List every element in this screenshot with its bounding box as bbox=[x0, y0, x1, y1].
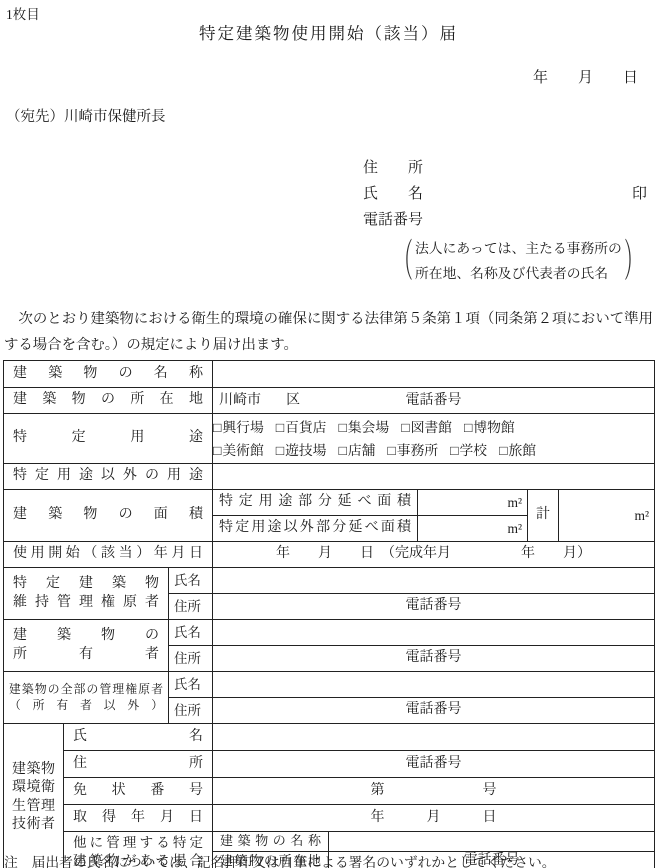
full-manager-name-label: 氏名 bbox=[169, 672, 213, 698]
checkbox-option-tenpo[interactable]: □店舗 bbox=[338, 439, 375, 462]
full-manager-label: 建築物の全部の管理権原者 （所有者以外） bbox=[4, 672, 169, 724]
seal-mark: 印 bbox=[632, 181, 647, 207]
area-other-field[interactable]: m² bbox=[418, 516, 528, 542]
location-city-label: 川崎市 bbox=[219, 391, 261, 409]
other-building-name-label: 建築物の名称 bbox=[213, 832, 329, 852]
checkbox-icon[interactable]: □ bbox=[338, 443, 346, 458]
technician-name-field[interactable] bbox=[213, 724, 655, 751]
applicant-address-label: 住 所 bbox=[363, 155, 647, 181]
full-manager-name-field[interactable] bbox=[213, 672, 655, 698]
checkbox-icon[interactable]: □ bbox=[213, 420, 221, 435]
owner-label: 建築物の 所有者 bbox=[4, 620, 169, 672]
area-total-field[interactable]: m² bbox=[559, 490, 655, 542]
other-building-name-field[interactable] bbox=[329, 832, 655, 852]
building-location-field[interactable]: 川崎市 区 電話番号 bbox=[213, 388, 655, 414]
technician-address-field[interactable]: 電話番号 bbox=[213, 751, 655, 778]
corporate-note: （ 法人にあっては、主たる事務所の 所在地、名称及び代表者の氏名 ） bbox=[395, 236, 642, 286]
checkbox-option-label: 店舗 bbox=[348, 443, 376, 458]
maintainer-label: 特定建築物 維持管理権原者 bbox=[4, 568, 169, 620]
acquired-date-field[interactable]: 年 月 日 bbox=[213, 805, 655, 832]
location-phone-label: 電話番号 bbox=[406, 391, 462, 409]
maintainer-address-field[interactable]: 電話番号 bbox=[213, 594, 655, 620]
specified-use-options: □興行場 □百貨店 □集会場 □図書館 □博物館 □美術館 □遊技場 □店舗 □… bbox=[213, 414, 655, 464]
checkbox-option-gakko[interactable]: □学校 bbox=[450, 439, 487, 462]
right-paren-icon: ） bbox=[624, 239, 643, 283]
checkbox-option-hakubutsukan[interactable]: □博物館 bbox=[464, 416, 515, 439]
declaration-text: 次のとおり建築物における衛生的環境の確保に関する法律第５条第１項（同条第２項にお… bbox=[4, 306, 653, 358]
maintainer-name-label: 氏名 bbox=[169, 568, 213, 594]
owner-name-label: 氏名 bbox=[169, 620, 213, 646]
checkbox-icon[interactable]: □ bbox=[387, 443, 395, 458]
checkbox-option-label: 図書館 bbox=[411, 420, 452, 435]
checkbox-option-label: 学校 bbox=[460, 443, 488, 458]
full-manager-address-field[interactable]: 電話番号 bbox=[213, 698, 655, 724]
checkbox-option-kogyojo[interactable]: □興行場 bbox=[213, 416, 264, 439]
form-table: 建築物の名称 建築物の所在地 川崎市 区 電話番号 特定用途 □興行場 □百貨店… bbox=[3, 360, 655, 868]
use-start-field[interactable]: 年 月 日 （完成年月 年 月） bbox=[213, 542, 655, 568]
area-other-label: 特定用途以外部分延べ面積 bbox=[213, 516, 418, 542]
applicant-phone-label: 電話番号 bbox=[363, 207, 647, 233]
technician-name-label: 氏名 bbox=[64, 724, 213, 751]
addressee-line: （宛先）川崎市保健所長 bbox=[6, 105, 166, 126]
location-ward-label: 区 bbox=[286, 391, 300, 409]
checkbox-option-ryokan[interactable]: □旅館 bbox=[499, 439, 536, 462]
building-name-field[interactable] bbox=[213, 361, 655, 388]
corporate-note-line2: 所在地、名称及び代表者の氏名 bbox=[415, 261, 622, 286]
checkbox-icon[interactable]: □ bbox=[499, 443, 507, 458]
checkbox-option-label: 百貨店 bbox=[285, 420, 326, 435]
applicant-name-label: 氏 名 bbox=[363, 181, 647, 207]
owner-address-label: 住所 bbox=[169, 646, 213, 672]
use-start-label: 使用開始（該当）年月日 bbox=[4, 542, 213, 568]
checkbox-option-label: 遊技場 bbox=[285, 443, 326, 458]
use-options-row2: □美術館 □遊技場 □店舗 □事務所 □学校 □旅館 bbox=[213, 439, 654, 462]
checkbox-option-shukaijo[interactable]: □集会場 bbox=[338, 416, 389, 439]
non-specified-use-field[interactable] bbox=[213, 464, 655, 490]
left-paren-icon: （ bbox=[394, 239, 413, 283]
full-manager-address-label: 住所 bbox=[169, 698, 213, 724]
maintainer-name-field[interactable] bbox=[213, 568, 655, 594]
checkbox-option-label: 事務所 bbox=[397, 443, 438, 458]
checkbox-option-label: 美術館 bbox=[222, 443, 263, 458]
checkbox-option-hyakkaten[interactable]: □百貨店 bbox=[276, 416, 327, 439]
checkbox-icon[interactable]: □ bbox=[276, 443, 284, 458]
checkbox-option-label: 集会場 bbox=[348, 420, 389, 435]
license-number-field[interactable]: 第 号 bbox=[213, 778, 655, 805]
area-specified-label: 特定用途部分延べ面積 bbox=[213, 490, 418, 516]
license-number-label: 免状番号 bbox=[64, 778, 213, 805]
maintainer-address-label: 住所 bbox=[169, 594, 213, 620]
checkbox-option-label: 興行場 bbox=[222, 420, 263, 435]
area-total-label: 計 bbox=[528, 490, 559, 542]
checkbox-option-label: 旅館 bbox=[508, 443, 536, 458]
corporate-note-line1: 法人にあっては、主たる事務所の bbox=[415, 236, 622, 261]
area-label: 建築物の面積 bbox=[4, 490, 213, 542]
date-line: 年 月 日 bbox=[533, 66, 638, 87]
building-location-label: 建築物の所在地 bbox=[4, 388, 213, 414]
owner-address-field[interactable]: 電話番号 bbox=[213, 646, 655, 672]
checkbox-option-label: 博物館 bbox=[473, 420, 514, 435]
checkbox-icon[interactable]: □ bbox=[401, 420, 409, 435]
form-title: 特定建築物使用開始（該当）届 bbox=[0, 20, 657, 44]
checkbox-option-yugijo[interactable]: □遊技場 bbox=[276, 439, 327, 462]
checkbox-icon[interactable]: □ bbox=[450, 443, 458, 458]
building-name-label: 建築物の名称 bbox=[4, 361, 213, 388]
applicant-block: 住 所 氏 名 電話番号 印 bbox=[363, 155, 647, 233]
acquired-date-label: 取得年月日 bbox=[64, 805, 213, 832]
technician-address-label: 住所 bbox=[64, 751, 213, 778]
checkbox-option-jimusho[interactable]: □事務所 bbox=[387, 439, 438, 462]
checkbox-icon[interactable]: □ bbox=[338, 420, 346, 435]
checkbox-option-toshokan[interactable]: □図書館 bbox=[401, 416, 452, 439]
form-page: 1枚目 特定建築物使用開始（該当）届 年 月 日 （宛先）川崎市保健所長 住 所… bbox=[0, 0, 657, 868]
footer-note: 注 届出者の氏名については、記名押印又は自筆による署名のいずれかとしてください。 bbox=[4, 851, 556, 868]
checkbox-icon[interactable]: □ bbox=[276, 420, 284, 435]
area-specified-field[interactable]: m² bbox=[418, 490, 528, 516]
non-specified-use-label: 特定用途以外の用途 bbox=[4, 464, 213, 490]
checkbox-option-bijutsukan[interactable]: □美術館 bbox=[213, 439, 264, 462]
checkbox-icon[interactable]: □ bbox=[213, 443, 221, 458]
owner-name-field[interactable] bbox=[213, 620, 655, 646]
use-options-row1: □興行場 □百貨店 □集会場 □図書館 □博物館 bbox=[213, 416, 654, 439]
specified-use-label: 特定用途 bbox=[4, 414, 213, 464]
technician-label: 建築物 環境衛 生管理 技術者 bbox=[4, 724, 64, 868]
checkbox-icon[interactable]: □ bbox=[464, 420, 472, 435]
